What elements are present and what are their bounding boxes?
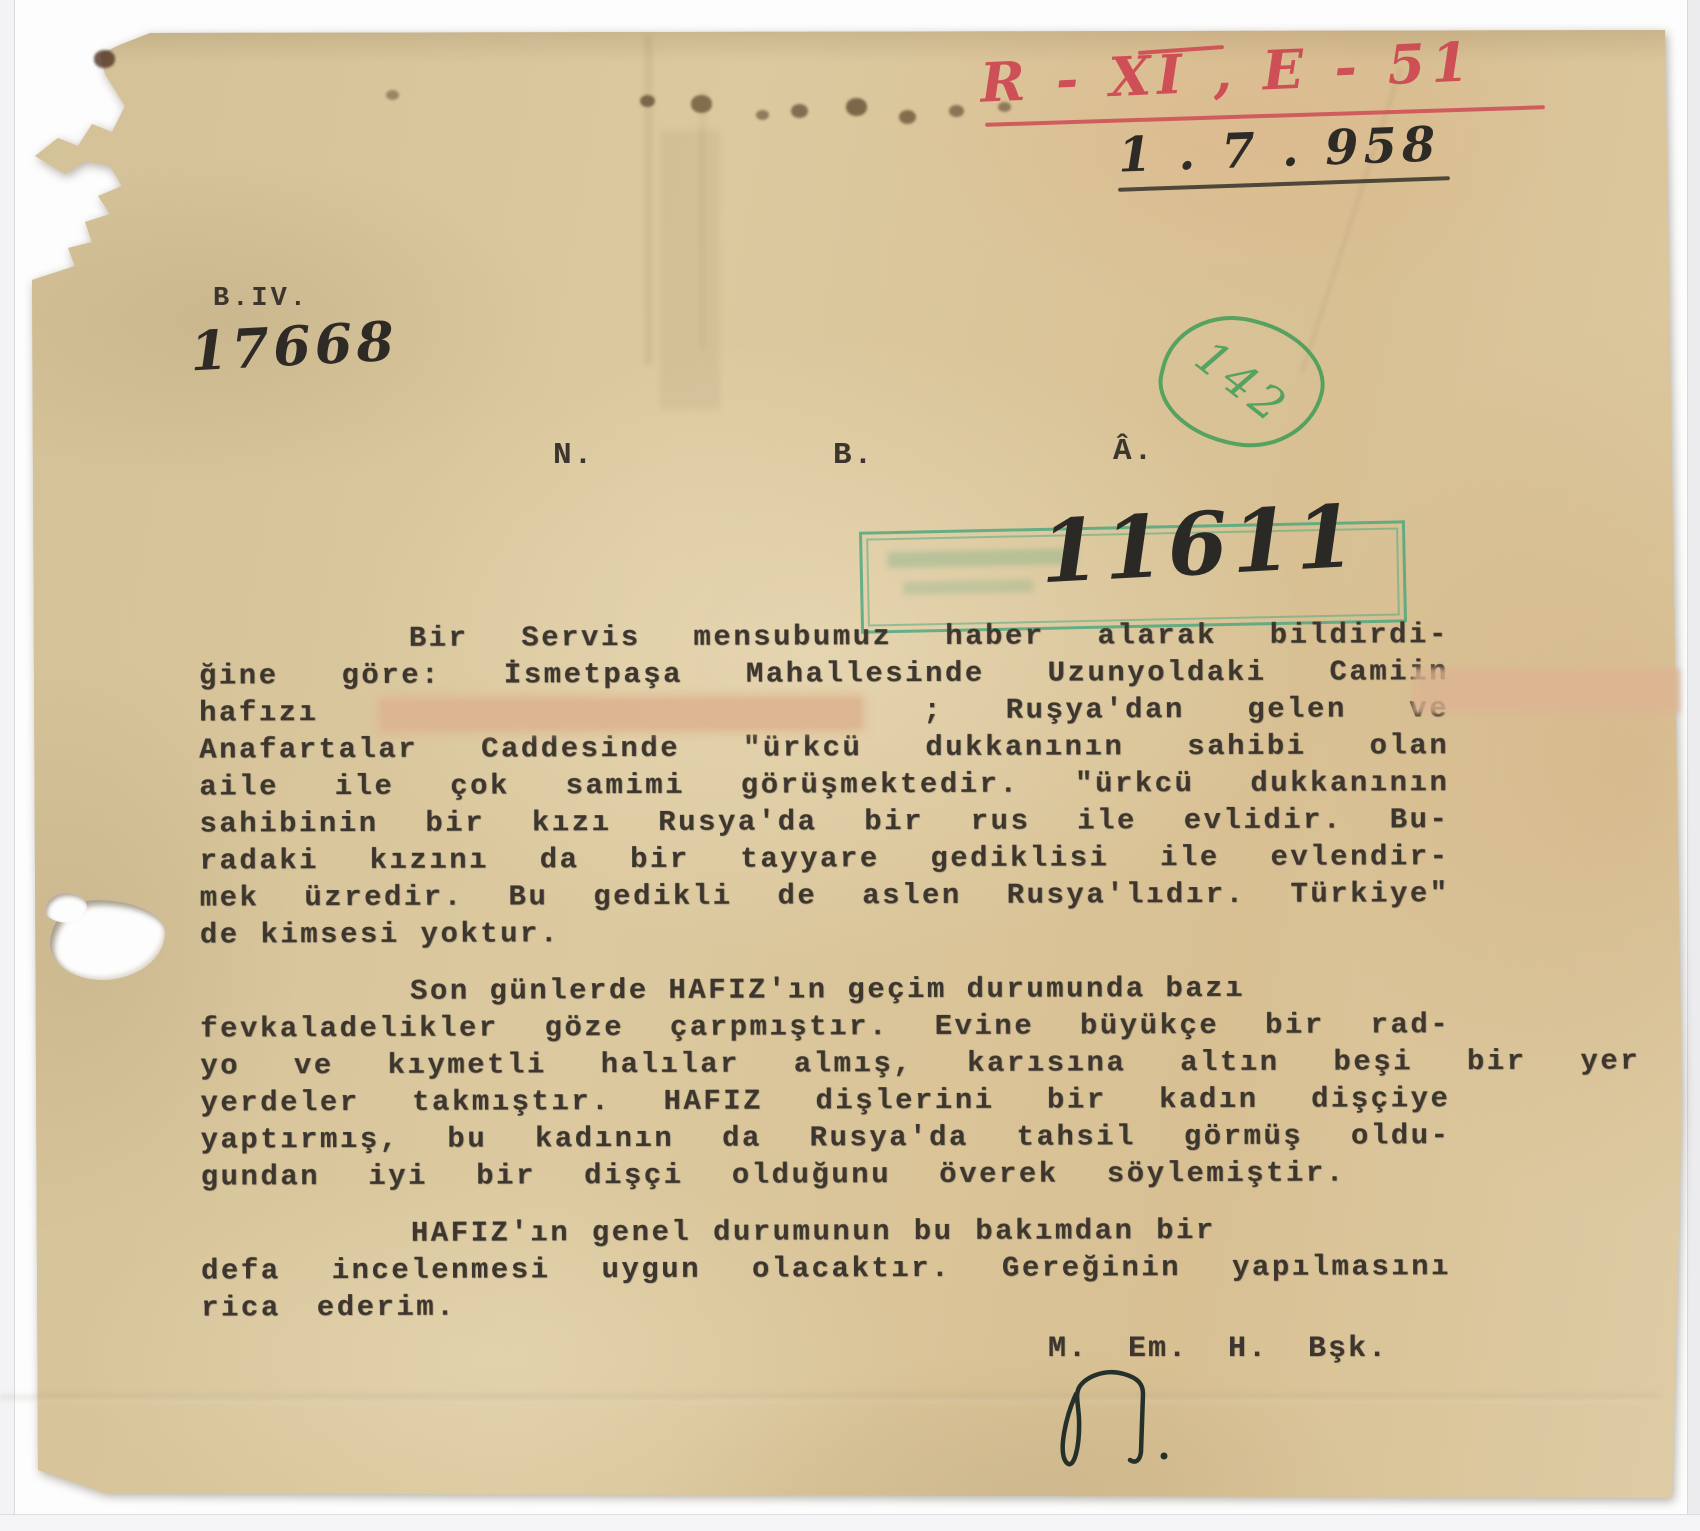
word: yerdeler [200,1086,359,1120]
word: Uzunyoldaki [1048,656,1267,690]
word: Servis [521,621,641,654]
word: takmıştır. [412,1085,611,1119]
word: iyi [368,1160,428,1193]
word: beşi [1333,1045,1413,1078]
paragraph: SongünlerdeHAFIZ'ıngeçimdurumundabazıfev… [200,970,1641,1197]
word: HAFIZ'ın [668,973,827,1007]
paragraph: HAFIZ'ıngeneldurumununbubakımdanbirdefai… [201,1212,1641,1328]
faint-stamp-imprint-2 [903,579,1033,595]
word: olduğunu [732,1158,891,1192]
word: büyükçe [1080,1009,1219,1042]
text-line: sahibininbirkızıRusya'dabirrusileevlidir… [199,803,1449,844]
letterhead-initial-a: Â. [1113,434,1154,469]
word: haber [945,620,1045,653]
letterhead-initial-n: N. [553,438,594,473]
text-line: BirServismensubumuzhaberalarakbildirdi- [199,618,1449,659]
text-line: dekimsesiyoktur. [200,917,560,955]
word: Bir [409,622,469,655]
text-line: aileileçoksamimigörüşmektedir."ürkcüdukk… [199,766,1449,807]
word: rica [201,1291,281,1324]
word: almış, [794,1047,914,1080]
text-line: meküzredir.BugediklideaslenRusya'lıdır.T… [200,877,1450,918]
scan-margin-bottom [0,1514,1700,1531]
word: olan [1369,729,1449,762]
word: görüşmektedir. [741,768,1020,802]
text-line: gundaniyibirdişçiolduğunuövereksöylemişt… [201,1157,1346,1198]
scanned-document-view: R - XI , E - 51 1 . 7 . 958 B.IV. 17668 … [0,0,1700,1531]
word: defa [201,1254,281,1287]
word: kızını [370,844,490,877]
word: rus [971,805,1031,838]
word: bir [630,843,690,876]
signature-scribble [1046,1356,1236,1486]
word: bu [914,1215,954,1248]
word: bir [425,807,485,840]
registry-number-handwritten: 17668 [188,309,399,384]
word: ve [294,1049,334,1082]
text-line: yaptırmış,bukadınındaRusya'datahsilgörmü… [200,1119,1450,1160]
text-line: yerdelertakmıştır.HAFIZdişlerinibirkadın… [200,1082,1450,1123]
word: kadın [1159,1083,1259,1116]
word: kıymetli [388,1048,547,1082]
word: Gereğinin [1002,1251,1181,1285]
word: Rusya'lıdır. [1007,878,1246,912]
word: bir [1047,1083,1107,1116]
text-line: fevkaladeliklergözeçarpmıştır.Evinebüyük… [200,1008,1450,1049]
word: överek [939,1158,1059,1191]
scan-margin-left [0,0,15,1531]
word: Rusya'da [658,805,817,839]
handwritten-date: 1 . 7 . 958 [1117,116,1441,183]
word: göre: [341,659,441,692]
text-line: ğinegöre:İsmetpaşaMahallesindeUzunyoldak… [199,655,1449,696]
body-text: BirServismensubumuzhaberalarakbildirdi-ğ… [199,617,1642,1348]
word: günlerde [489,974,648,1008]
word: bir [1156,1214,1216,1247]
text-line: ricaederim. [201,1291,456,1329]
word: radaki [200,844,320,877]
word: ederim. [317,1291,456,1324]
word: gundan [201,1160,321,1193]
word: durumunun [713,1215,892,1249]
word: olacaktır. [752,1252,951,1286]
word: görmüş [1184,1120,1304,1153]
word: alarak [1097,619,1217,652]
letterhead-initial-b: B. [833,438,874,473]
word: karısına [967,1046,1126,1080]
word: Son [410,975,470,1008]
word: ; [923,694,943,727]
word: ile [1160,841,1220,874]
word: sahibi [1187,730,1307,763]
word: dişçiye [1311,1082,1450,1115]
word: dukkanının [925,730,1124,764]
text-line: radakikızınıdabirtayyaregediklisiileevle… [200,840,1450,881]
word: evlidir. [1184,804,1343,838]
word: Anafartalar [199,733,418,767]
word: söylemiştir. [1107,1157,1346,1191]
word: Evine [935,1010,1035,1043]
word: dişlerini [815,1084,994,1118]
word: çarpmıştır. [670,1010,889,1044]
word: bir [1467,1045,1527,1078]
word: dişçi [584,1159,684,1192]
word: tahsil [1017,1120,1137,1153]
word: aile [199,770,279,803]
word: "ürkcü [1075,767,1195,800]
page-number: 142 [1185,329,1299,435]
text-line: yovekıymetlihalılaralmış,karısınaaltınbe… [200,1044,1640,1086]
word: ile [1077,804,1137,837]
word: tayyare [740,842,879,875]
text-line: defaincelenmesiuygunolacaktır.Gereğininy… [201,1250,1451,1291]
word: de [777,879,817,912]
word: da [722,1122,762,1155]
word: bir [1265,1009,1325,1042]
text-line: hafızı;Ruşya'dangelenve [199,692,1449,733]
word: halılar [601,1048,740,1081]
word: incelenmesi [332,1253,551,1287]
word: HAFIZ [663,1085,763,1118]
text-line: HAFIZ'ıngeneldurumununbubakımdanbir [201,1214,1216,1255]
word: HAFIZ'ın [411,1216,570,1250]
word: da [540,843,580,876]
text-line: SongünlerdeHAFIZ'ıngeçimdurumundabazı [200,972,1245,1013]
word: genel [592,1216,692,1249]
word: Bu- [1390,803,1450,836]
word: aslen [862,879,962,912]
torn-edge-specks [0,0,9,6]
word: mensubumuz [693,620,892,654]
word: kızı [532,806,612,839]
word: dukkanının [1250,766,1449,800]
word: geçim [847,973,947,1006]
word: kimsesi [260,918,399,951]
word: yoktur. [420,917,559,950]
word: bazı [1165,972,1245,1005]
word: altın [1180,1046,1280,1079]
word: gediklisi [930,841,1109,875]
word: ğine [199,659,279,692]
word: İsmetpaşa [504,658,683,692]
redaction-bar [381,698,861,730]
word: durumunda [966,972,1145,1006]
word: Türkiye" [1290,877,1449,911]
word: evlendir- [1270,840,1449,874]
word: samimi [566,769,686,802]
word: "ürkcü [743,731,863,764]
word: Mahallesinde [746,657,985,691]
word: uygun [601,1253,701,1286]
redaction-bar-right [1412,668,1680,714]
word: Ruşya'dan [1006,693,1185,727]
word: bakımdan [975,1214,1134,1248]
word: Bu [508,880,548,913]
word: yo [200,1049,240,1082]
word: fevkaladelikler [200,1011,499,1045]
word: bu [447,1123,487,1156]
word: çok [450,769,510,802]
word: kadının [535,1122,674,1155]
word: rad- [1370,1008,1450,1041]
word: hafızı [199,696,319,729]
text-line: AnafartalarCaddesinde"ürkcüdukkanınınsah… [199,729,1449,770]
word: Caddesinde [481,732,680,766]
word: bir [864,805,924,838]
word: sahibinin [199,807,378,841]
word: oldu- [1351,1119,1451,1152]
word: gedikli [593,880,732,913]
word: göze [544,1011,624,1044]
word: bildirdi- [1270,618,1449,652]
word: üzredir. [304,881,463,915]
word: de [200,918,240,951]
word: yer [1580,1044,1640,1077]
word: yapılmasını [1232,1250,1451,1284]
word: bir [476,1159,536,1192]
word: yaptırmış, [200,1123,399,1157]
section-code: B.IV. [213,284,309,314]
paper-hole-edge [45,893,87,923]
word: gelen [1247,693,1347,726]
word: ile [335,770,395,803]
scan-margin-right [1687,0,1700,1531]
word: Rusya'da [810,1121,969,1155]
word: mek [200,881,260,914]
stamp-number-handwritten: 11611 [1038,486,1362,604]
